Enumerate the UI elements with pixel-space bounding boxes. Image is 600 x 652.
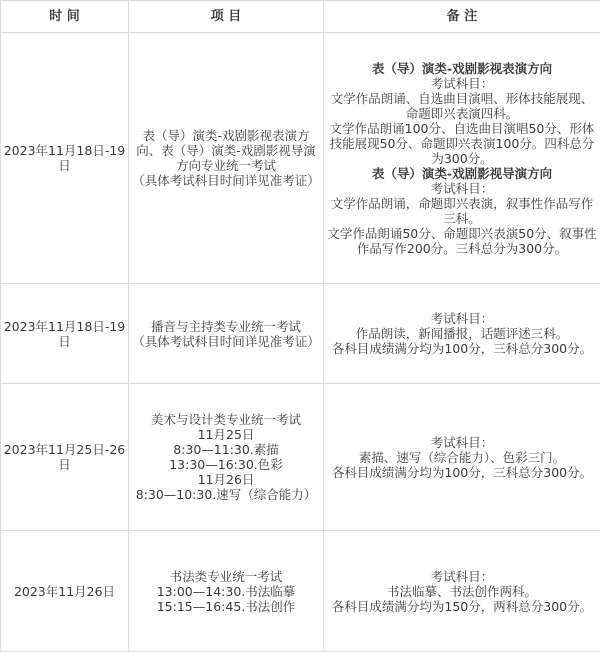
remark-cell: 考试科目： 素描、速写（综合能力）、色彩三门。 各科目成绩满分均为100分，三科…	[324, 384, 600, 531]
project-cell: 表（导）演类-戏剧影视表演方向、表（导）演类-戏剧影视导演方向专业统一考试 （具…	[129, 33, 324, 284]
remark-cell: 考试科目： 作品朗读，新闻播报，话题评述三科。 各科目成绩满分均为100分，三科…	[324, 284, 600, 384]
table-row: 2023年11月18日-19日 播音与主持类专业统一考试 （具体考试科目时间详见…	[1, 284, 600, 384]
project-line: 11月26日	[131, 472, 321, 487]
project-line: 11月25日	[131, 427, 321, 442]
remark-heading: 表（导）演类-戏剧影视表演方向	[326, 61, 598, 76]
time-cell: 2023年11月25日-26日	[1, 384, 129, 531]
project-line: 表（导）演类-戏剧影视表演方向、表（导）演类-戏剧影视导演方向专业统一考试	[131, 128, 321, 173]
table-row: 2023年11月26日 书法类专业统一考试 13:00—14:30.书法临摹 1…	[1, 531, 600, 652]
column-header-remark: 备 注	[324, 1, 600, 33]
column-header-project: 项 目	[129, 1, 324, 33]
remark-line: 考试科目：	[326, 76, 598, 91]
remark-line: 文学作品朗诵、自选曲目演唱、形体技能展现、命题即兴表演四科。	[326, 91, 598, 121]
project-line: 8:30—11:30.素描	[131, 442, 321, 457]
remark-cell: 考试科目： 书法临摹、书法创作两科。 各科目成绩满分均为150分，两科总分300…	[324, 531, 600, 652]
project-line: （具体考试科目时间详见准考证）	[131, 334, 321, 349]
project-line: 13:00—14:30.书法临摹	[131, 584, 321, 599]
project-cell: 美术与设计类专业统一考试 11月25日 8:30—11:30.素描 13:30—…	[129, 384, 324, 531]
remark-line: 文学作品朗诵50分、命题即兴表演50分、叙事性作品写作200分。三科总分为300…	[326, 226, 598, 256]
remark-line: 各科目成绩满分均为100分，三科总分300分。	[326, 465, 598, 480]
table-row: 2023年11月25日-26日 美术与设计类专业统一考试 11月25日 8:30…	[1, 384, 600, 531]
time-cell: 2023年11月18日-19日	[1, 33, 129, 284]
exam-schedule-table: 时 间 项 目 备 注 2023年11月18日-19日 表（导）演类-戏剧影视表…	[0, 0, 600, 652]
remark-line: 文学作品朗诵100分、自选曲目演唱50分、形体技能展现50分、命题即兴表演100…	[326, 121, 598, 166]
project-line: 书法类专业统一考试	[131, 569, 321, 584]
remark-line: 各科目成绩满分均为100分，三科总分300分。	[326, 341, 598, 356]
remark-line: 各科目成绩满分均为150分，两科总分300分。	[326, 599, 598, 614]
time-cell: 2023年11月26日	[1, 531, 129, 652]
remark-line: 文学作品朗诵，命题即兴表演，叙事性作品写作三科。	[326, 196, 598, 226]
project-line: 播音与主持类专业统一考试	[131, 319, 321, 334]
remark-heading: 表（导）演类-戏剧影视导演方向	[326, 166, 598, 181]
remark-line: 考试科目：	[326, 435, 598, 450]
project-line: 13:30—16:30.色彩	[131, 457, 321, 472]
remark-line: 考试科目：	[326, 181, 598, 196]
remark-cell: 表（导）演类-戏剧影视表演方向 考试科目： 文学作品朗诵、自选曲目演唱、形体技能…	[324, 33, 600, 284]
remark-line: 作品朗读，新闻播报，话题评述三科。	[326, 326, 598, 341]
project-line: 8:30—10:30.速写（综合能力）	[131, 487, 321, 502]
column-header-time: 时 间	[1, 1, 129, 33]
project-cell: 书法类专业统一考试 13:00—14:30.书法临摹 15:15—16:45.书…	[129, 531, 324, 652]
project-line: 美术与设计类专业统一考试	[131, 412, 321, 427]
time-cell: 2023年11月18日-19日	[1, 284, 129, 384]
remark-line: 素描、速写（综合能力）、色彩三门。	[326, 450, 598, 465]
table-row: 2023年11月18日-19日 表（导）演类-戏剧影视表演方向、表（导）演类-戏…	[1, 33, 600, 284]
remark-line: 书法临摹、书法创作两科。	[326, 584, 598, 599]
remark-line: 考试科目：	[326, 311, 598, 326]
project-line: 15:15—16:45.书法创作	[131, 599, 321, 614]
project-line: （具体考试科目时间详见准考证）	[131, 173, 321, 188]
header-row: 时 间 项 目 备 注	[1, 1, 600, 33]
remark-line: 考试科目：	[326, 569, 598, 584]
project-cell: 播音与主持类专业统一考试 （具体考试科目时间详见准考证）	[129, 284, 324, 384]
